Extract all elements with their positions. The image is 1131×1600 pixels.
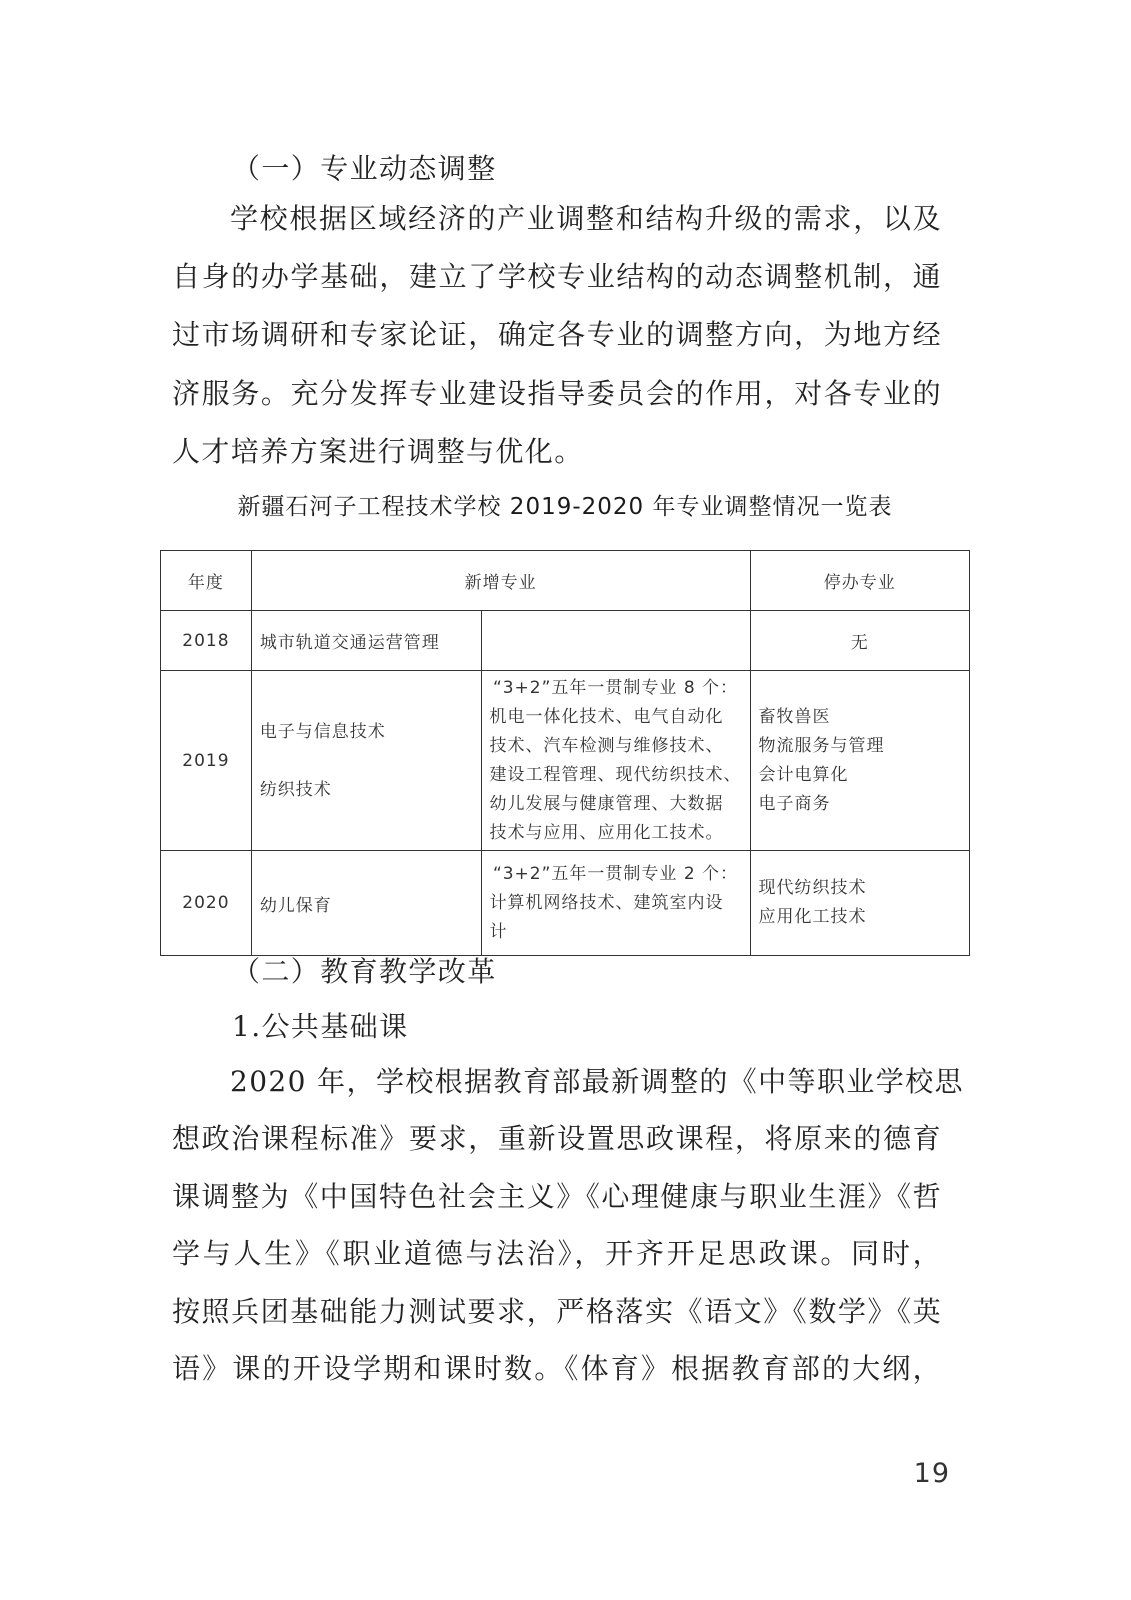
joint-item: 机电一体化技术、电气自动化	[490, 703, 742, 732]
paragraph-line: 按照兵团基础能力测试要求，严格落实《语文》《数学》《英	[172, 1295, 942, 1329]
paragraph-line: 课调整为《中国特色社会主义》《心理健康与职业生涯》《哲	[172, 1180, 942, 1214]
table-row: 2018 城市轨道交通运营管理 无	[161, 611, 970, 671]
table-caption: 新疆石河子工程技术学校 2019-2020 年专业调整情况一览表	[160, 492, 970, 522]
cell-added-joint: “3+2”五年一贯制专业 2 个： 计算机网络技术、建筑室内设 计	[481, 851, 750, 956]
cell-added-main: 城市轨道交通运营管理	[251, 611, 481, 671]
cell-stopped: 畜牧兽医 物流服务与管理 会计电算化 电子商务	[750, 671, 970, 851]
paragraph-line: 过市场调研和专家论证，确定各专业的调整方向，为地方经	[172, 318, 942, 352]
joint-item: 计	[490, 918, 742, 947]
cell-added-main: 幼儿保育	[251, 851, 481, 956]
page-number: 19	[890, 1458, 950, 1489]
section-heading-specialty-adjustment: （一）专业动态调整	[232, 152, 632, 186]
stopped-item: 畜牧兽医	[759, 703, 962, 732]
cell-stopped: 现代纺织技术 应用化工技术	[750, 851, 970, 956]
cell-year: 2019	[161, 671, 252, 851]
stopped-item: 应用化工技术	[759, 903, 962, 932]
table-row: 2020 幼儿保育 “3+2”五年一贯制专业 2 个： 计算机网络技术、建筑室内…	[161, 851, 970, 956]
cell-year: 2020	[161, 851, 252, 956]
joint-item: 幼儿发展与健康管理、大数据	[490, 790, 742, 819]
stopped-item: 电子商务	[759, 790, 962, 819]
section-heading-teaching-reform: （二）教育教学改革	[232, 955, 632, 989]
stopped-item: 现代纺织技术	[759, 874, 962, 903]
joint-item: 计算机网络技术、建筑室内设	[490, 889, 742, 918]
paragraph-line: 济服务。充分发挥专业建设指导委员会的作用，对各专业的	[172, 377, 942, 411]
paragraph-line: 学校根据区域经济的产业调整和结构升级的需求，以及	[230, 202, 942, 236]
joint-item: “3+2”五年一贯制专业 8 个：	[490, 674, 742, 703]
subheading-public-courses: 1.公共基础课	[232, 1010, 632, 1044]
joint-item: 技术、汽车检测与维修技术、	[490, 732, 742, 761]
table-header-row: 年度 新增专业 停办专业	[161, 551, 970, 611]
added-item: 纺织技术	[260, 761, 473, 819]
joint-item: 技术与应用、应用化工技术。	[490, 819, 742, 848]
header-year: 年度	[161, 551, 252, 611]
header-added: 新增专业	[251, 551, 750, 611]
cell-year: 2018	[161, 611, 252, 671]
paragraph-line: 2020 年，学校根据教育部最新调整的《中等职业学校思	[230, 1065, 942, 1099]
stopped-item: 物流服务与管理	[759, 732, 962, 761]
added-item: 电子与信息技术	[260, 703, 473, 761]
cell-stopped: 无	[750, 611, 970, 671]
paragraph-line: 语》课的开设学期和课时数。《体育》根据教育部的大纲，	[172, 1352, 942, 1386]
paragraph-line: 自身的办学基础，建立了学校专业结构的动态调整机制，通	[172, 260, 942, 294]
joint-item: “3+2”五年一贯制专业 2 个：	[490, 860, 742, 889]
cell-added-joint: “3+2”五年一贯制专业 8 个： 机电一体化技术、电气自动化 技术、汽车检测与…	[481, 671, 750, 851]
specialty-adjustment-table: 年度 新增专业 停办专业 2018 城市轨道交通运营管理 无 2019 电子与信…	[160, 550, 970, 956]
paragraph-line: 人才培养方案进行调整与优化。	[172, 435, 942, 469]
table-row: 2019 电子与信息技术 纺织技术 “3+2”五年一贯制专业 8 个： 机电一体…	[161, 671, 970, 851]
stopped-item: 会计电算化	[759, 761, 962, 790]
paragraph-line: 学与人生》《职业道德与法治》，开齐开足思政课。同时，	[172, 1237, 942, 1271]
paragraph-line: 想政治课程标准》要求，重新设置思政课程，将原来的德育	[172, 1122, 942, 1156]
cell-added-joint	[481, 611, 750, 671]
cell-added-main: 电子与信息技术 纺织技术	[251, 671, 481, 851]
header-stopped: 停办专业	[750, 551, 970, 611]
joint-item: 建设工程管理、现代纺织技术、	[490, 761, 742, 790]
